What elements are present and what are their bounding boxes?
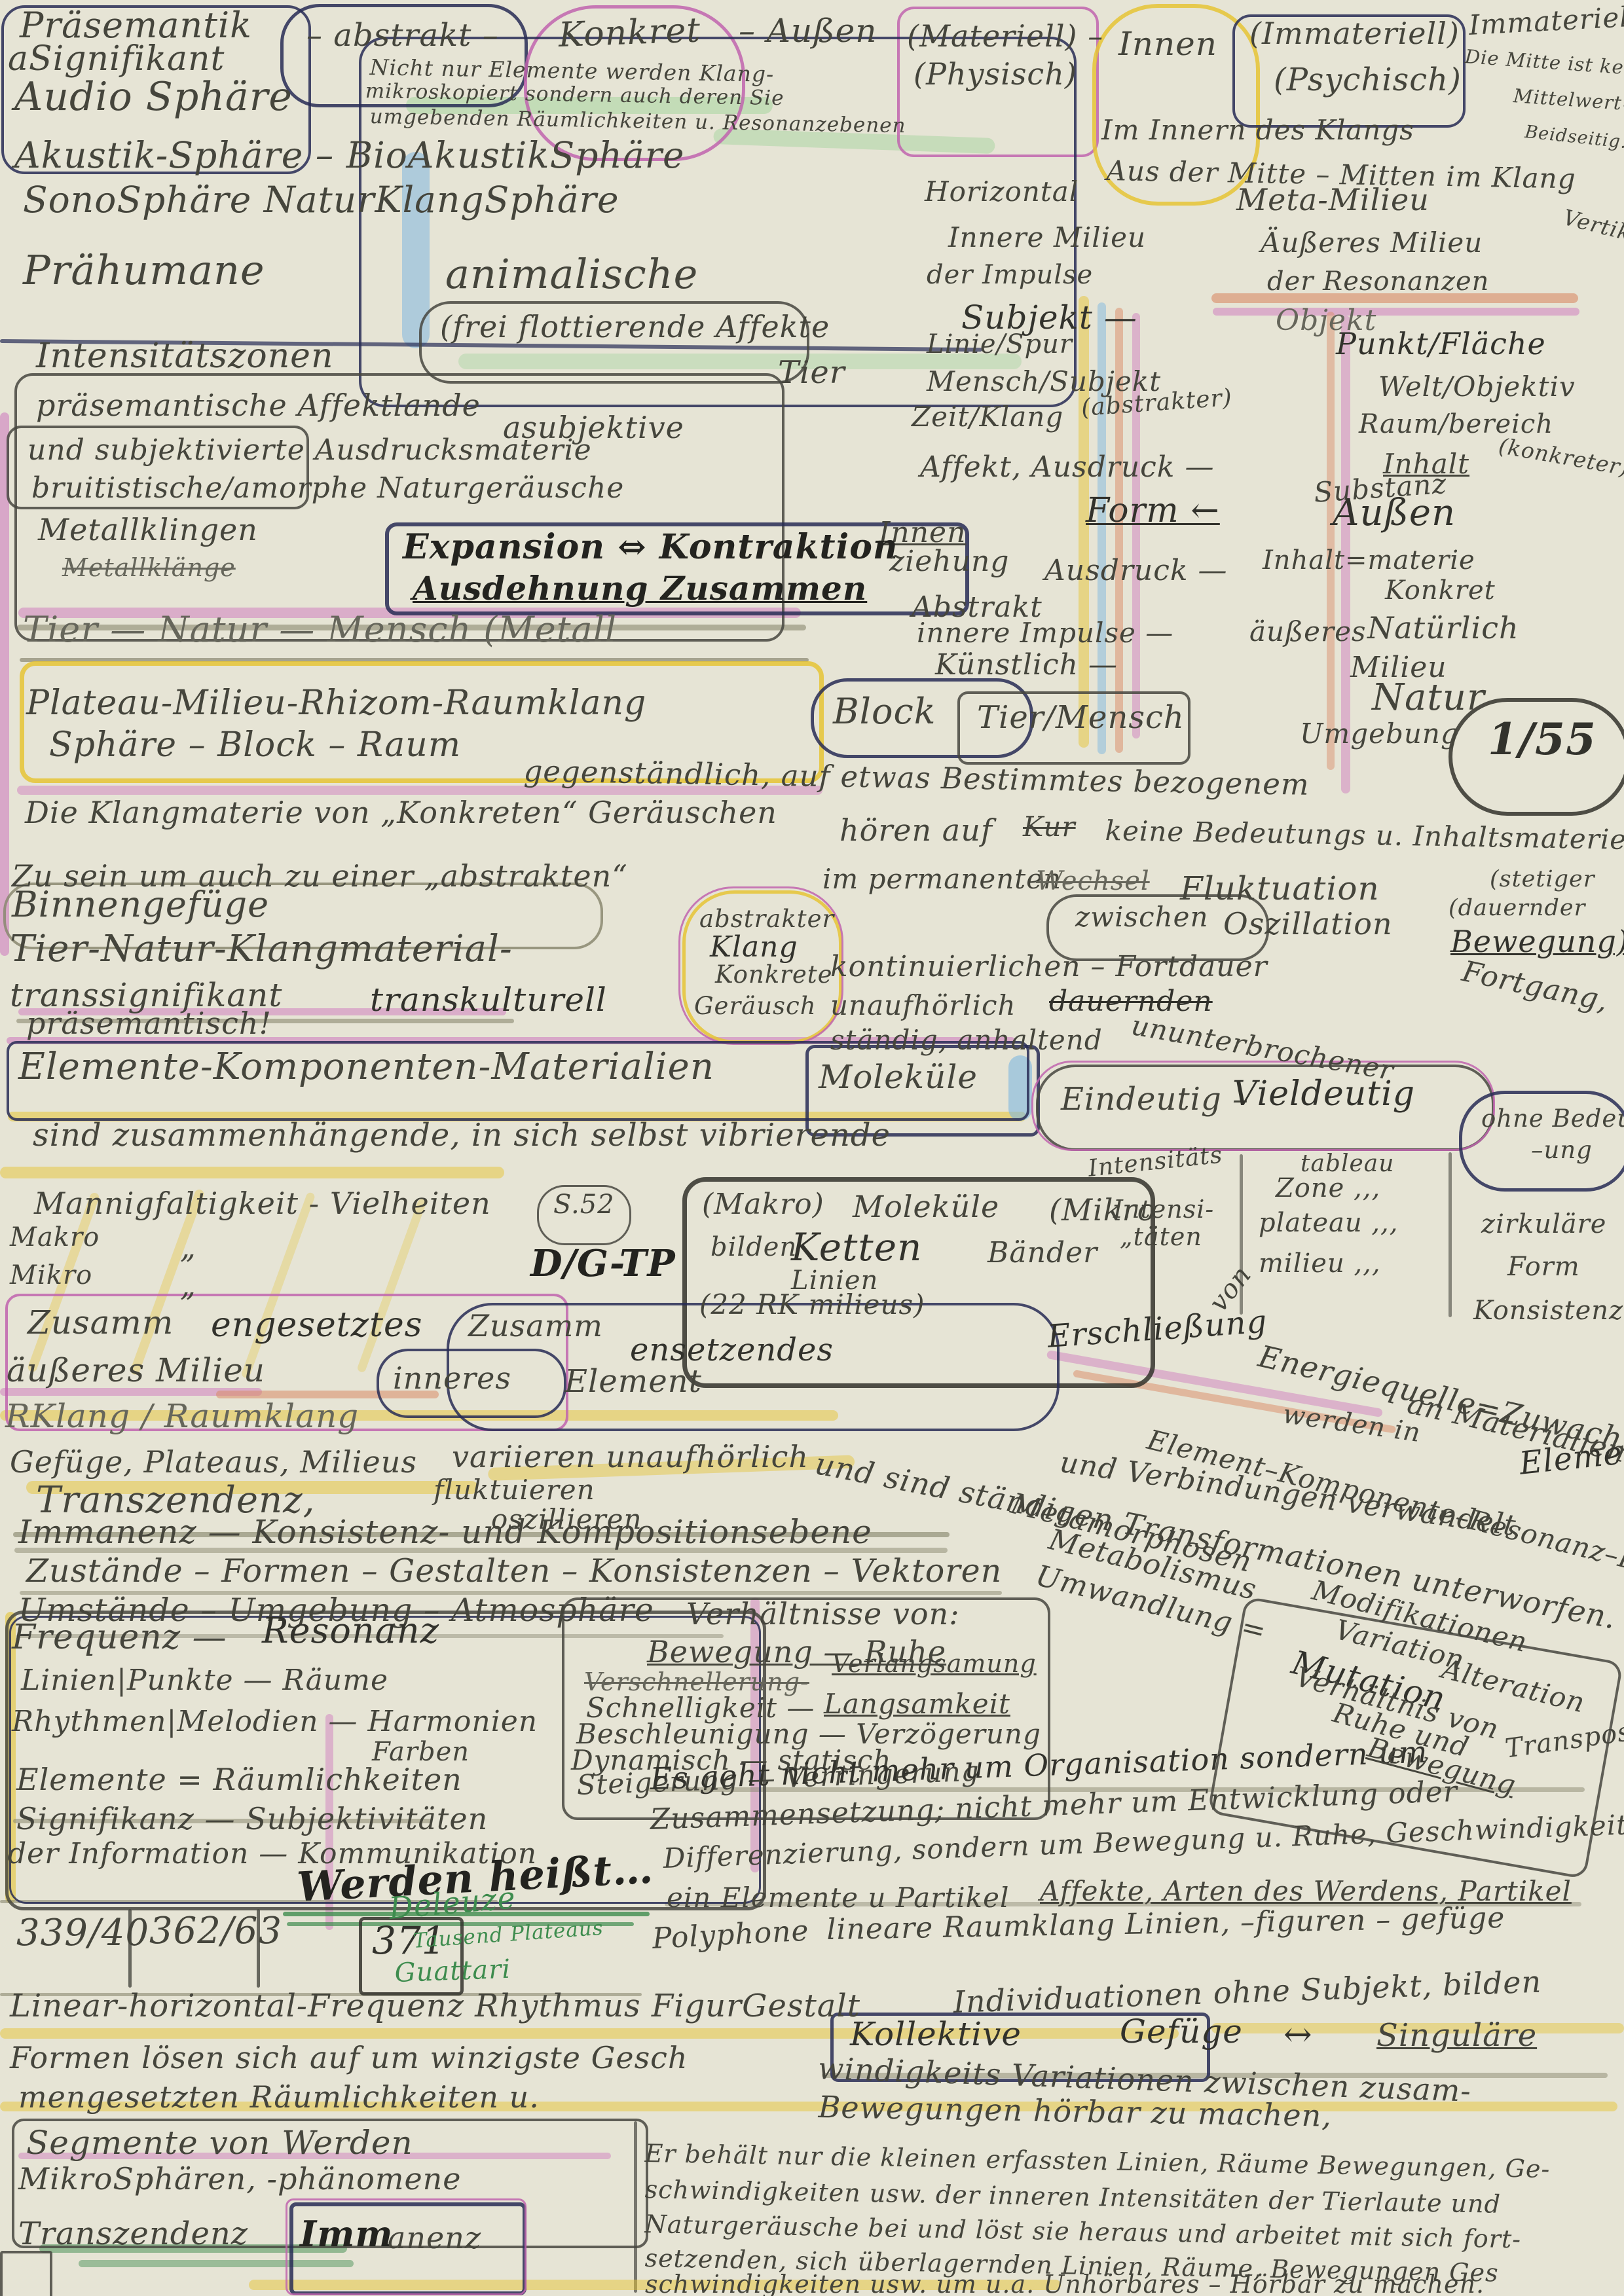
note-text: Intensi- [1113,1197,1214,1222]
note-text: Verlangsamung [832,1651,1037,1676]
note-text: der Resonanzen [1267,268,1489,295]
note-text: Präsemantik [20,8,252,43]
note-text: kontinuierlichen – Fortdauer [830,953,1268,981]
note-text: (Physisch) [913,59,1077,89]
note-text: Moleküle [819,1061,978,1093]
note-text: Zone ,,, [1276,1175,1380,1201]
note-text: Verschnellerung- [584,1669,809,1694]
note-text: Metallklingen [38,515,258,545]
note-text: Ausdehnung Zusammen [413,572,867,605]
note-text: Welt/Objektiv [1378,373,1576,401]
note-text: S.52 [553,1192,615,1218]
note-text: Sphäre – Block – Raum [49,728,461,762]
note-text: – abstrakt – [306,20,499,51]
note-text: – Außen [739,14,877,47]
note-text: Imm [300,2216,394,2251]
note-text: Innere Milieu [948,224,1146,251]
note-text: Natürlich [1367,613,1519,643]
note-text: Inhalt=materie [1263,547,1475,574]
note-text: Intensitätszonen [36,339,333,373]
note-text: Expansion ⇔ Kontraktion [403,530,898,564]
note-text: 339/40 [16,1915,149,1952]
note-text: Punkt/Fläche [1336,329,1546,359]
note-text: (22 RK milieus) [699,1291,925,1319]
note-text: Konkrete [715,962,833,987]
note-text: Form ← [1086,494,1220,528]
note-text: werden in [1281,1401,1422,1446]
note-text: Mittelwert= [1513,86,1624,114]
note-text: (Makro) [702,1190,824,1219]
note-text: (Materiell) – [907,21,1103,51]
note-text: und subjektivierte Ausdrucksmaterie [28,436,592,465]
note-text: variieren unaufhörlich [452,1442,809,1472]
note-text: (Immateriell) [1249,18,1460,48]
note-text: Mikro [10,1262,92,1288]
note-text: Immanenz — Konsistenz- und Kompositionse… [18,1516,872,1548]
note-text: präsemantische Affektlande [36,390,481,420]
note-text: Segmente von Werden [26,2126,413,2159]
note-text: bruitistische/amorphe Naturgeräusche [31,474,624,503]
note-text: Deleuze [388,1882,517,1923]
note-text: Fortgang, [1460,957,1611,1016]
note-text: Gefüge, Plateaus, Milieus [10,1447,417,1477]
note-text: „täten [1120,1224,1202,1249]
note-text: 362/63 [149,1913,282,1950]
note-text: Binnengefüge [12,887,269,922]
note-text: Künstlich — [935,651,1118,680]
note-text: Natur [1372,680,1485,716]
note-text: zwischen [1075,903,1209,931]
note-text: Außen [1333,495,1456,532]
note-text: Bewegung) [1450,926,1624,957]
note-text: engesetztes [211,1308,422,1342]
highlight-stroke [1449,1152,1452,1317]
highlight-stroke [1327,312,1335,770]
note-text: Ketten [791,1228,922,1266]
note-text: Wechsel [1036,868,1150,894]
note-text: Metallklänge [62,555,236,580]
note-text: Audio Sphäre [14,77,293,117]
note-text: Kollektive [850,2018,1022,2050]
note-text: 1/55 [1488,718,1596,761]
note-text: inneres [393,1363,511,1393]
note-text: Geräusch [694,994,817,1018]
note-text: Transzendenz [18,2218,248,2250]
note-text: unaufhörlich [830,992,1016,1019]
note-text: Raum/bereich [1359,411,1553,437]
note-text: MikroSphären, -phänomene [18,2164,462,2194]
note-text: schwindigkeiten usw. um u.a. Unhörbares … [645,2272,1485,2296]
note-text: ziehung [889,547,1009,576]
note-text: Polyphone [652,1916,810,1953]
note-text: ständig, anhaltend [830,1027,1103,1054]
note-text: Bewegungen hörbar zu machen, [818,2092,1332,2131]
note-text: Er behält nur die kleinen erfassten Lini… [644,2141,1550,2181]
note-text: Signifikanz — Subjektivitäten [16,1804,488,1834]
note-text: präsemantisch! [26,1008,272,1038]
note-text: Oszillation [1223,909,1393,939]
note-text: „ [180,1232,196,1262]
note-text: Fluktuation [1180,872,1380,905]
note-text: (stetiger [1490,868,1595,891]
note-text: Rhythmen|Melodien — Harmonien [12,1707,538,1736]
note-text: dauernden [1049,987,1213,1016]
note-text: Äußeres Milieu [1261,229,1483,257]
note-text: zirkuläre [1481,1211,1606,1237]
note-text: Zustände – Formen – Gestalten – Konsiste… [26,1555,1002,1587]
note-text: SonoSphäre NaturKlangSphäre [23,182,619,218]
note-text: keine Bedeutungs u. Inhaltsmaterie [1105,817,1624,854]
note-text: Zusamm [28,1306,174,1339]
note-text: Formen lösen sich auf um winzigste Gesch [10,2043,688,2073]
note-text: milieu ,,, [1259,1250,1381,1277]
note-text: Ausdruck — [1044,556,1228,585]
note-text: Linien|Punkte — Räume [21,1666,388,1695]
note-text: Individuationen ohne Subjekt, bilden [953,1967,1542,2017]
note-text: Die Mitte ist kein [1464,47,1624,79]
note-text: fluktuieren [434,1476,595,1504]
note-text: „ [180,1270,196,1300]
note-text: Verhältnisse von: [686,1599,960,1629]
note-text: Mannigfaltigkeit - Vielheiten [34,1188,491,1218]
note-text: (dauernder [1449,897,1585,920]
note-text: tableau [1301,1152,1394,1176]
note-text: Kur [1023,813,1076,841]
note-text: Immateriell [1468,3,1624,39]
note-text: Linear-horizontal-Frequenz Rhythmus Figu… [10,1990,860,2022]
note-text: Bänder [987,1239,1098,1267]
note-text: Tier-Natur-Klangmaterial- [10,931,513,968]
note-text: Tier — Natur — Mensch (Metall [23,612,617,647]
outline-box [0,2251,52,2296]
note-text: sind zusammenhängende, in sich selbst vi… [33,1120,891,1151]
note-text: Akustik-Sphäre – BioAkustikSphäre [14,137,685,173]
note-text: mengesetzten Räumlichkeiten u. [18,2082,540,2112]
note-text: ensetzendes [630,1334,834,1366]
note-text: Horizontal [925,178,1079,206]
note-text: Konkret [1385,577,1496,604]
note-text: RKlang / Raumklang [5,1400,359,1432]
note-text: Farben [372,1739,470,1765]
note-text: Klang [710,933,798,962]
note-text: Prähumane [23,250,265,291]
note-text: ein Elemente u Partikel [667,1884,1009,1912]
note-text: Makro [10,1224,100,1250]
note-text: D/G-TP [530,1245,676,1282]
note-text: –ung [1531,1138,1593,1162]
note-text: Eindeutig – [1061,1084,1249,1115]
note-text: Moleküle [853,1192,999,1222]
note-text: abstrakter [699,907,834,931]
note-text: Resonanz [262,1613,439,1649]
note-text: schwindigkeiten usw. der inneren Intensi… [644,2177,1501,2217]
note-text: aSignifikant [8,42,225,76]
note-text: hören auf [840,815,993,845]
note-text: Form [1507,1254,1580,1280]
note-text: der Impulse [927,262,1093,288]
notes-page: Präsemantik– abstrakt –Konkret– Außen(Ma… [0,0,1624,2296]
note-text: Vertikal [1561,206,1624,249]
note-text: im permanenten [822,866,1061,893]
note-text: Vieldeutig [1232,1077,1415,1111]
note-text: transkulturell [370,983,607,1016]
note-text: Plateau-Milieu-Rhizom-Raumklang [26,686,646,720]
note-text: ä​ußeres [1249,618,1367,646]
note-text: plateau ,,, [1259,1210,1398,1236]
note-text: Elemente-Komponenten-Materialien [18,1049,714,1085]
note-text: ↔ [1283,2018,1313,2052]
note-text: Innen [1118,27,1217,60]
note-text: Guattari [394,1956,511,1986]
note-text: Umgebung [1300,720,1459,748]
note-text: Langsamkeit [824,1690,1010,1718]
note-text: innere Impulse — [917,619,1173,647]
note-text: Singuläre [1376,2020,1537,2051]
note-text: anenz [388,2223,481,2253]
note-text: (konkreter) [1497,435,1624,479]
note-text: (frei flottierende Affekte [440,312,830,342]
note-text: Konkret [558,13,701,52]
note-text: Beidseitig… [1524,123,1624,153]
highlight-stroke [1213,308,1579,316]
note-text: bilden [710,1234,797,1260]
note-text: ohne Bedeut [1481,1106,1624,1131]
note-text: äußeres Milieu [7,1354,265,1387]
note-text: Tier/Mensch [977,702,1185,733]
note-text: Zeit/Klang [912,403,1063,431]
note-text: Zusamm [468,1311,603,1341]
note-text: Konsistenz [1473,1298,1623,1324]
note-text: Die Klangmaterie von „Konkreten“ Geräusc… [25,797,777,828]
note-text: Meta-Milieu [1236,185,1430,215]
note-text: Elemente = Räumlichkeiten [16,1764,462,1795]
note-text: Tier [778,357,845,388]
note-text: Im Innern des Klangs [1101,117,1414,144]
note-text: Linie/Spur [927,331,1073,357]
note-text: Block [833,694,936,729]
note-text: (Psychisch) [1274,64,1462,96]
note-text: Affekt, Ausdruck — [920,453,1214,482]
note-text: Element [564,1366,702,1397]
highlight-stroke [0,1167,504,1178]
note-text: Frequenz — [12,1620,227,1654]
note-text: animalische [445,254,698,295]
note-text: Gefüge [1120,2015,1243,2048]
